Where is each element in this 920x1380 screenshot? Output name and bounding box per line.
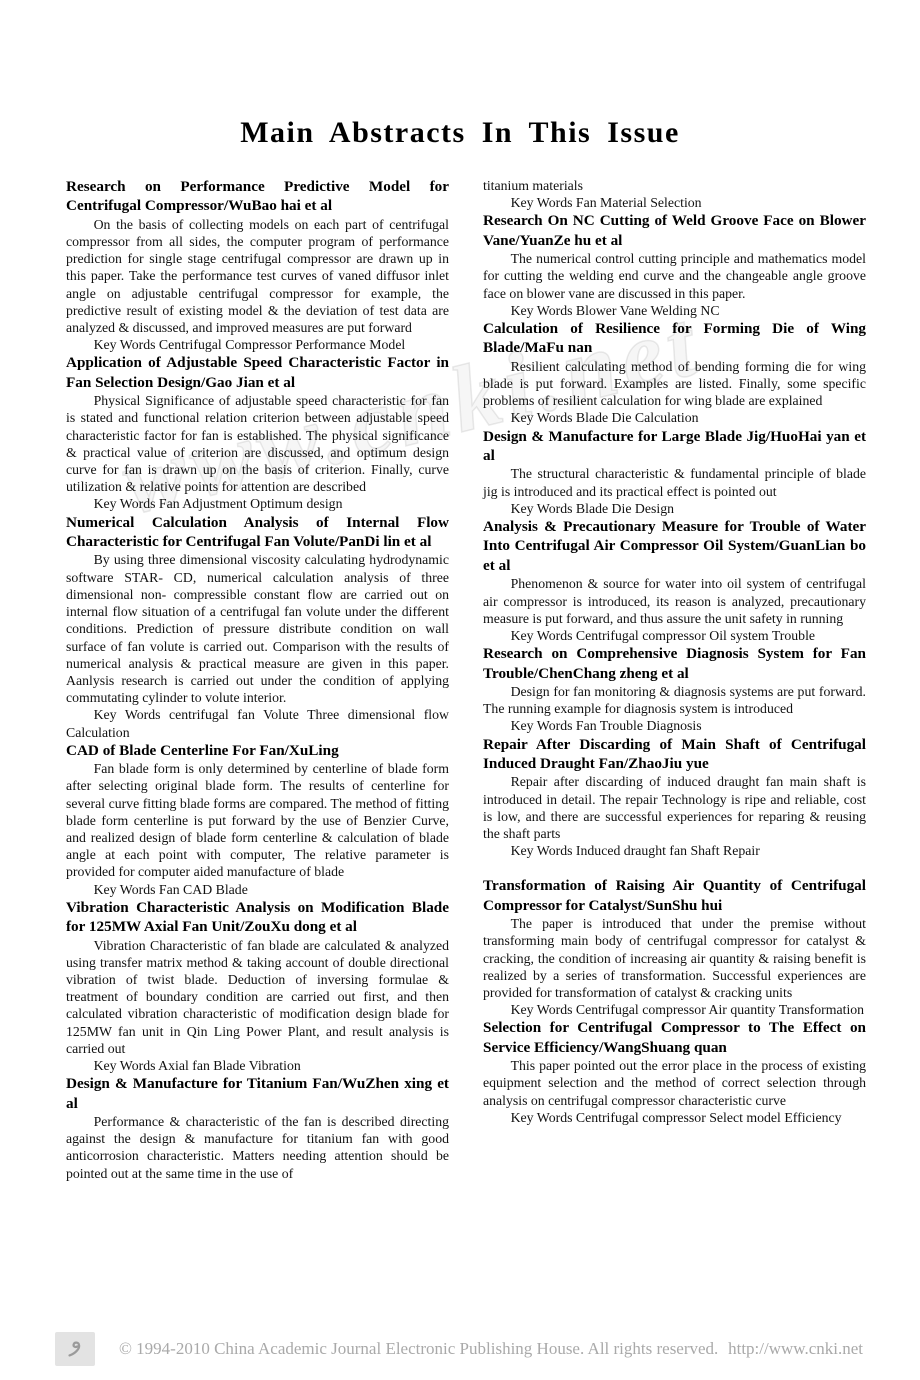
abstract-keywords: Key Words Fan Trouble Diagnosis [483, 717, 866, 734]
abstract-title: Application of Adjustable Speed Characte… [66, 353, 449, 392]
abstract-title: Research on Performance Predictive Model… [66, 177, 449, 216]
abstract-title: Design & Manufacture for Large Blade Jig… [483, 427, 866, 466]
abstract-title: Vibration Characteristic Analysis on Mod… [66, 898, 449, 937]
abstract-title: Research On NC Cutting of Weld Groove Fa… [483, 211, 866, 250]
abstract-body: Performance & characteristic of the fan … [66, 1113, 449, 1182]
abstract-keywords: Key Words Axial fan Blade Vibration [66, 1057, 449, 1074]
abstract-keywords: Key Words Blade Die Calculation [483, 409, 866, 426]
abstract-title: Repair After Discarding of Main Shaft of… [483, 735, 866, 774]
abstract-body: The numerical control cutting principle … [483, 250, 866, 302]
column-right: titanium materialsKey Words Fan Material… [483, 177, 866, 1182]
abstract-keywords: Key Words Blade Die Design [483, 500, 866, 517]
footer-url-link[interactable]: http://www.cnki.net [728, 1339, 863, 1359]
footer: © 1994-2010 China Academic Journal Elect… [55, 1332, 863, 1366]
abstract-keywords: Key Words Fan Material Selection [483, 194, 866, 211]
abstract-body: titanium materials [483, 177, 866, 194]
abstract-body: Physical Significance of adjustable spee… [66, 392, 449, 495]
abstract-title: Research on Comprehensive Diagnosis Syst… [483, 644, 866, 683]
abstract-title: Numerical Calculation Analysis of Intern… [66, 513, 449, 552]
abstract-body: Repair after discarding of induced draug… [483, 773, 866, 842]
abstract-body: The structural characteristic & fundamen… [483, 465, 866, 499]
column-left: Research on Performance Predictive Model… [66, 177, 449, 1182]
abstract-title: Selection for Centrifugal Compressor to … [483, 1018, 866, 1057]
abstract-title: Calculation of Resilience for Forming Di… [483, 319, 866, 358]
abstract-keywords: Key Words Induced draught fan Shaft Repa… [483, 842, 866, 859]
abstract-body: Fan blade form is only determined by cen… [66, 760, 449, 880]
abstract-keywords: Key Words centrifugal fan Volute Three d… [66, 706, 449, 740]
column-gap [483, 859, 866, 876]
abstract-keywords: Key Words Centrifugal Compressor Perform… [66, 336, 449, 353]
abstract-keywords: Key Words Blower Vane Welding NC [483, 302, 866, 319]
abstract-title: Analysis & Precautionary Measure for Tro… [483, 517, 866, 575]
abstract-keywords: Key Words Centrifugal compressor Select … [483, 1109, 866, 1126]
abstract-body: The paper is introduced that under the p… [483, 915, 866, 1001]
abstract-keywords: Key Words Centrifugal compressor Air qua… [483, 1001, 866, 1018]
abstract-title: Design & Manufacture for Titanium Fan/Wu… [66, 1074, 449, 1113]
abstract-body: Vibration Characteristic of fan blade ar… [66, 937, 449, 1057]
abstract-body: This paper pointed out the error place i… [483, 1057, 866, 1109]
abstract-body: By using three dimensional viscosity cal… [66, 551, 449, 706]
abstract-title: CAD of Blade Centerline For Fan/XuLing [66, 741, 449, 760]
copyright-text: © 1994-2010 China Academic Journal Elect… [119, 1339, 718, 1359]
abstract-body: Resilient calculating method of bending … [483, 358, 866, 410]
abstract-body: Phenomenon & source for water into oil s… [483, 575, 866, 627]
abstracts-container: Research on Performance Predictive Model… [0, 150, 920, 1182]
abstract-title: Transformation of Raising Air Quantity o… [483, 876, 866, 915]
abstract-keywords: Key Words Fan CAD Blade [66, 881, 449, 898]
page-title: Main Abstracts In This Issue [0, 0, 920, 150]
abstract-body: Design for fan monitoring & diagnosis sy… [483, 683, 866, 717]
cnki-logo-icon [55, 1332, 95, 1366]
abstract-keywords: Key Words Centrifugal compressor Oil sys… [483, 627, 866, 644]
abstract-keywords: Key Words Fan Adjustment Optimum design [66, 495, 449, 512]
abstract-body: On the basis of collecting models on eac… [66, 216, 449, 336]
